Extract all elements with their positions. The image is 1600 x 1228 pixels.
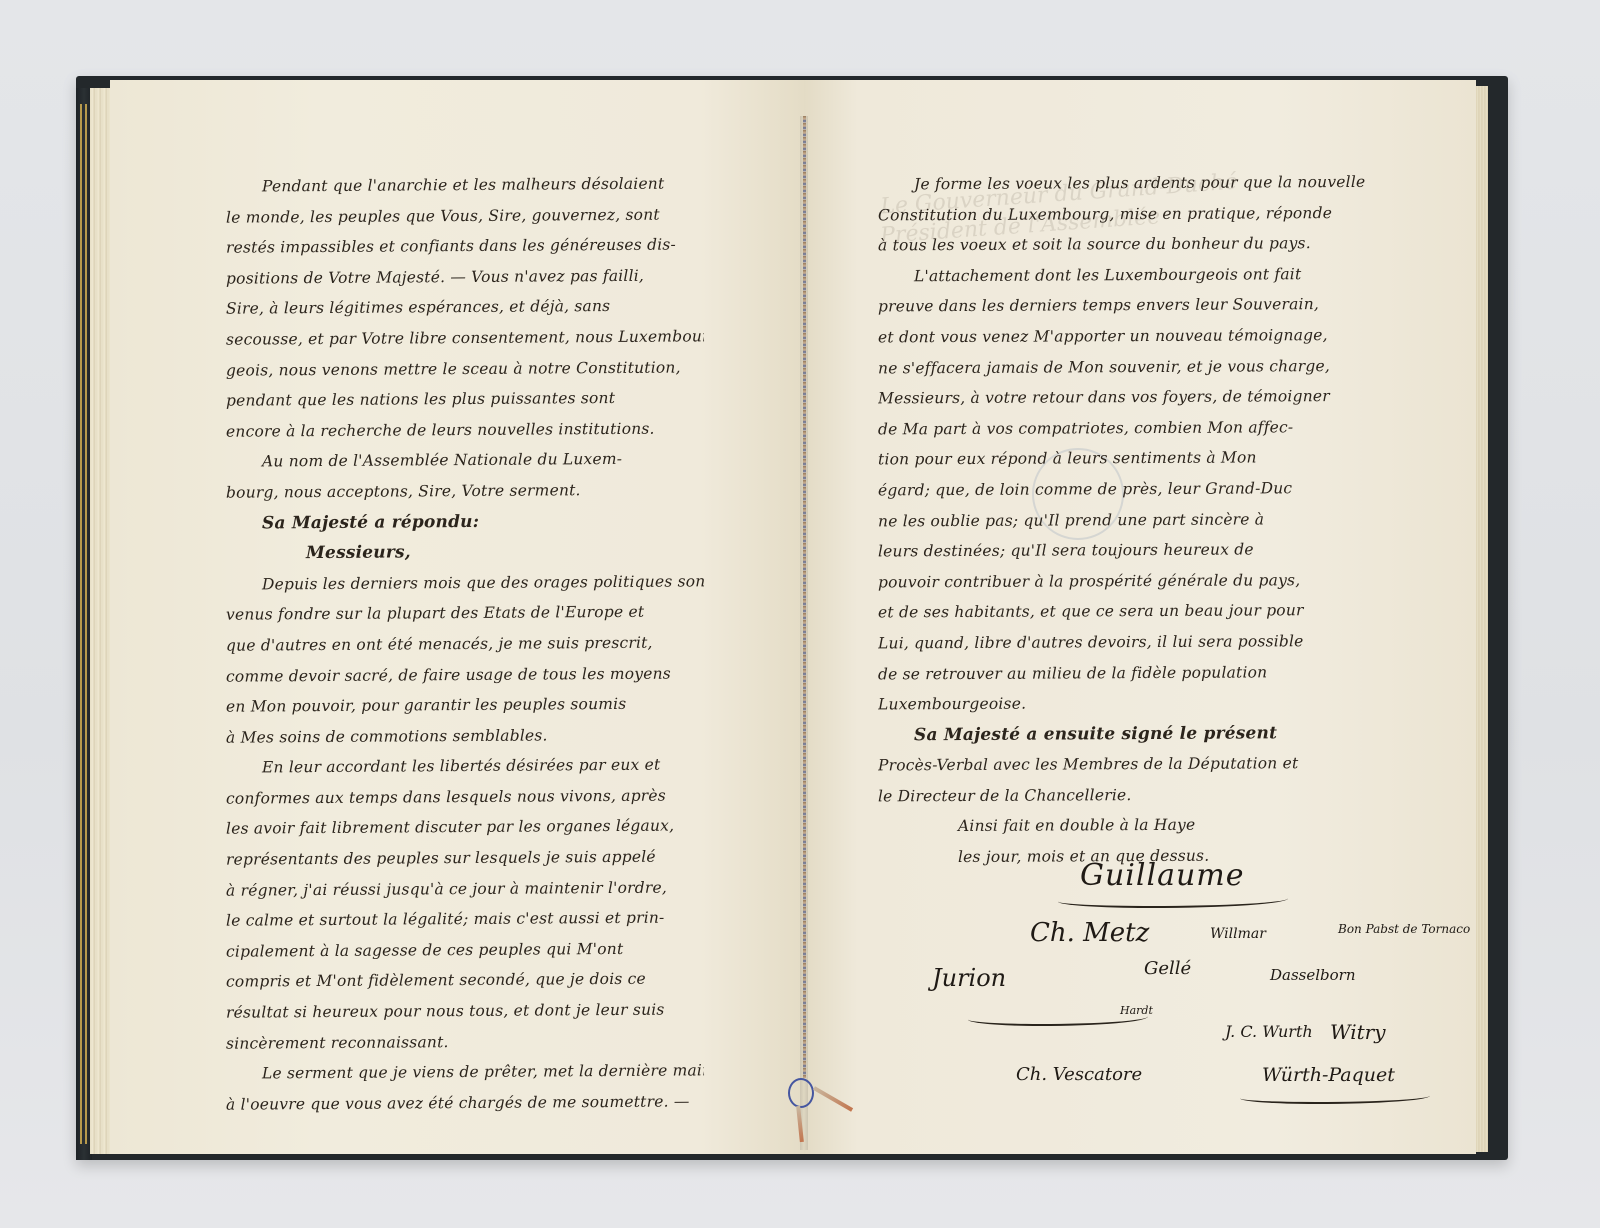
salutation: Messieurs, <box>226 535 704 569</box>
text-line: pouvoir contribuer à la prospérité génér… <box>878 564 1418 597</box>
text-line: ne les oublie pas; qu'Il prend une part … <box>878 503 1418 536</box>
gilt-line <box>85 104 87 1144</box>
text-line: cipalement à la sagesse de ces peuples q… <box>226 933 704 967</box>
text-line: sincèrement reconnaissant. <box>226 1025 704 1059</box>
text-line: Pendant que l'anarchie et les malheurs d… <box>226 168 704 202</box>
text-line: Constitution du Luxembourg, mise en prat… <box>878 197 1418 230</box>
text-line: secousse, et par Votre libre consentemen… <box>226 321 704 355</box>
text-line: Ainsi fait en double à la Haye <box>878 809 1418 842</box>
text-line: Depuis les derniers mois que des orages … <box>226 566 704 600</box>
text-line: geois, nous venons mettre le sceau à not… <box>226 352 704 386</box>
text-line: Le serment que je viens de prêter, met l… <box>226 1056 704 1090</box>
signature: Willmar <box>1210 926 1266 942</box>
signature: Bon Pabst de Tornaco <box>1338 922 1470 936</box>
text-line: preuve dans les derniers temps envers le… <box>878 289 1418 322</box>
text-line: résultat si heureux pour nous tous, et d… <box>226 994 704 1028</box>
right-page-text: Je forme les voeux les plus ardents pour… <box>878 168 1418 872</box>
section-heading: Sa Majesté a ensuite signé le présent <box>878 717 1418 750</box>
signature: Dasselborn <box>1270 966 1356 984</box>
text-line: venus fondre sur la plupart des Etats de… <box>226 597 704 631</box>
binding-cord-knot <box>788 1078 814 1108</box>
text-line: tion pour eux répond à leurs sentiments … <box>878 442 1418 475</box>
signature: Würth-Paquet <box>1262 1064 1395 1086</box>
text-line: à l'oeuvre que vous avez été chargés de … <box>226 1086 704 1120</box>
text-line: compris et M'ont fidèlement secondé, que… <box>226 964 704 998</box>
text-line: L'attachement dont les Luxembourgeois on… <box>878 258 1418 291</box>
text-line: à régner, j'ai réussi jusqu'à ce jour à … <box>226 872 704 906</box>
text-line: le monde, les peuples que Vous, Sire, go… <box>226 199 704 233</box>
text-line: que d'autres en ont été menacés, je me s… <box>226 627 704 661</box>
text-line: en Mon pouvoir, pour garantir les peuple… <box>226 688 704 722</box>
signature-sovereign: Guillaume <box>1080 858 1244 893</box>
signature: J. C. Wurth <box>1225 1022 1313 1041</box>
text-line: à tous les voeux et soit la source du bo… <box>878 228 1418 261</box>
text-line: et de ses habitants, et que ce sera un b… <box>878 595 1418 628</box>
text-line: à Mes soins de commotions semblables. <box>226 719 704 753</box>
text-line: égard; que, de loin comme de près, leur … <box>878 473 1418 506</box>
signature: Gellé <box>1144 958 1191 979</box>
text-line: ne s'effacera jamais de Mon souvenir, et… <box>878 350 1418 383</box>
text-line: de Ma part à vos compatriotes, combien M… <box>878 411 1418 444</box>
text-line: restés impassibles et confiants dans les… <box>226 230 704 264</box>
section-heading: Sa Majesté a répondu: <box>226 505 704 539</box>
text-line: Luxembourgeoise. <box>878 687 1418 720</box>
page-edges-right <box>1476 86 1488 1152</box>
text-line: et dont vous venez M'apporter un nouveau… <box>878 320 1418 353</box>
text-line: En leur accordant les libertés désirées … <box>226 750 704 784</box>
text-line: Au nom de l'Assemblée Nationale du Luxem… <box>226 444 704 478</box>
text-line: Procès-Verbal avec les Membres de la Dép… <box>878 748 1418 781</box>
text-line: Messieurs, à votre retour dans vos foyer… <box>878 381 1418 414</box>
signature: Witry <box>1330 1020 1386 1044</box>
text-line: Sire, à leurs légitimes espérances, et d… <box>226 291 704 325</box>
text-line: de se retrouver au milieu de la fidèle p… <box>878 656 1418 689</box>
text-line: le Directeur de la Chancellerie. <box>878 778 1418 811</box>
binding-cord <box>803 116 806 1078</box>
text-line: positions de Votre Majesté. — Vous n'ave… <box>226 260 704 294</box>
signature: Ch. Metz <box>1030 918 1149 948</box>
text-line: représentants des peuples sur lesquels j… <box>226 841 704 875</box>
text-line: encore à la recherche de leurs nouvelles… <box>226 413 704 447</box>
text-line: bourg, nous acceptons, Sire, Votre serme… <box>226 474 704 508</box>
text-line: les avoir fait librement discuter par le… <box>226 811 704 845</box>
text-line: Lui, quand, libre d'autres devoirs, il l… <box>878 625 1418 658</box>
gilt-line <box>80 104 82 1144</box>
text-line: conformes aux temps dans lesquels nous v… <box>226 780 704 814</box>
signature: Jurion <box>932 964 1006 992</box>
text-line: Je forme les voeux les plus ardents pour… <box>878 167 1418 200</box>
left-page-text: Pendant que l'anarchie et les malheurs d… <box>226 170 704 1118</box>
text-line: leurs destinées; qu'Il sera toujours heu… <box>878 534 1418 567</box>
text-line: le calme et surtout la légalité; mais c'… <box>226 903 704 937</box>
signature: Ch. Vescatore <box>1016 1064 1142 1085</box>
text-line: comme devoir sacré, de faire usage de to… <box>226 658 704 692</box>
text-line: pendant que les nations les plus puissan… <box>226 382 704 416</box>
